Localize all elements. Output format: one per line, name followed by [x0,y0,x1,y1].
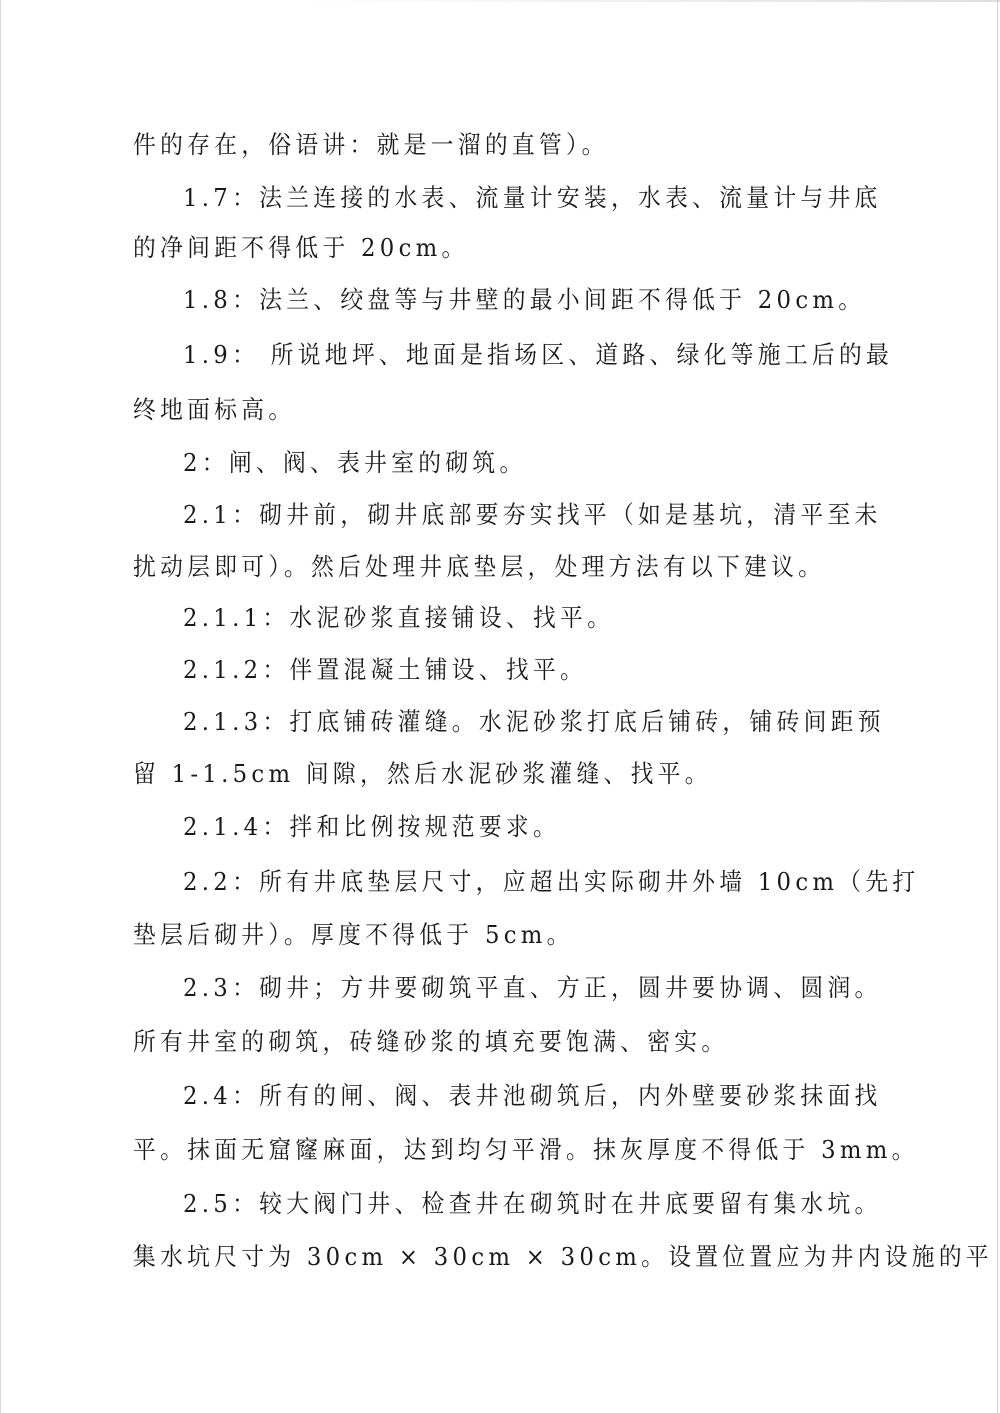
text-line: 2.5：较大阀门井、检查井在砌筑时在井底要留有集水坑。 [183,1187,876,1221]
scan-edge-right [997,0,998,1413]
text-line: 的净间距不得低于 20cm。 [133,231,826,265]
text-line: 2.1.4：拌和比例按规范要求。 [183,810,876,844]
text-line: 平。抹面无窟窿麻面，达到均匀平滑。抹灰厚度不得低于 3mm。 [133,1133,826,1167]
text-line: 1.8：法兰、绞盘等与井壁的最小间距不得低于 20cm。 [183,283,876,317]
text-line: 2.2：所有井底垫层尺寸，应超出实际砌井外墙 10cm（先打 [183,865,876,899]
text-line: 留 1-1.5cm 间隙，然后水泥砂浆灌缝、找平。 [133,757,826,791]
scan-edge-left [0,0,1,1413]
text-line: 件的存在，俗语讲：就是一溜的直管）。 [133,128,826,162]
text-line: 集水坑尺寸为 30cm × 30cm × 30cm。设置位置应为井内设施的平 [133,1240,826,1274]
text-line: 终地面标高。 [133,393,826,427]
scan-edge-top [300,0,1000,2]
text-line: 2.1.2：伴置混凝土铺设、找平。 [183,653,876,687]
text-line: 1.7：法兰连接的水表、流量计安装，水表、流量计与井底 [183,181,876,215]
text-line: 所有井室的砌筑，砖缝砂浆的填充要饱满、密实。 [133,1025,826,1059]
text-line: 2.1.3：打底铺砖灌缝。水泥砂浆打底后铺砖，铺砖间距预 [183,705,876,739]
text-line: 扰动层即可）。然后处理井底垫层，处理方法有以下建议。 [133,550,826,584]
document-page: 件的存在，俗语讲：就是一溜的直管）。 1.7：法兰连接的水表、流量计安装，水表、… [0,0,1000,1413]
text-line: 2.1：砌井前，砌井底部要夯实找平（如是基坑，清平至未 [183,498,876,532]
text-line: 1.9： 所说地坪、地面是指场区、道路、绿化等施工后的最 [183,338,876,372]
text-line: 2.3：砌井；方井要砌筑平直、方正，圆井要协调、圆润。 [183,971,876,1005]
text-line: 垫层后砌井）。厚度不得低于 5cm。 [133,918,826,952]
text-line: 2.1.1：水泥砂浆直接铺设、找平。 [183,601,876,635]
text-line: 2.4：所有的闸、阀、表井池砌筑后，内外壁要砂浆抹面找 [183,1079,876,1113]
section-heading: 2：闸、阀、表井室的砌筑。 [183,446,876,480]
